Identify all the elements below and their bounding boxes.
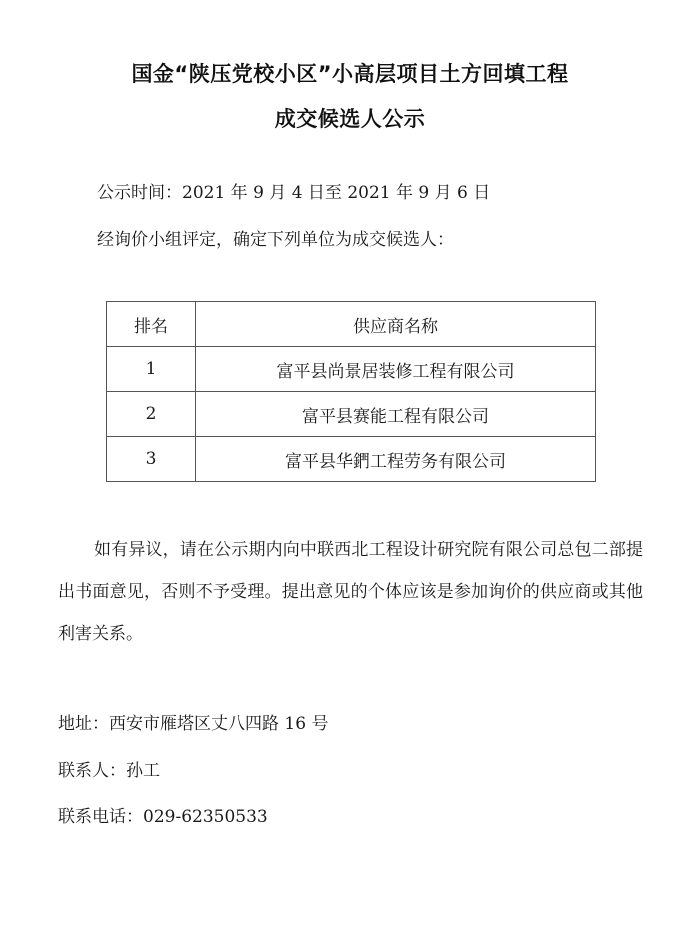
document-subtitle: 成交候选人公示: [0, 103, 700, 133]
header-rank: 排名: [107, 302, 196, 347]
table-header-row: 排名 供应商名称: [107, 302, 596, 347]
candidate-table: 排名 供应商名称 1 富平县尚景居装修工程有限公司 2 富平县赛能工程有限公司 …: [106, 301, 596, 482]
intro-text: 经询价小组评定，确定下列单位为成交候选人：: [97, 225, 454, 250]
objection-paragraph: 如有异议，请在公示期内向中联西北工程设计研究院有限公司总包二部提出书面意见，否则…: [58, 529, 643, 655]
contact-phone: 联系电话：029-62350533: [58, 802, 268, 827]
supplier-cell: 富平县华鍆工程劳务有限公司: [196, 437, 596, 482]
table-row: 2 富平县赛能工程有限公司: [107, 392, 596, 437]
document-title: 国金“陕压党校小区”小高层项目土方回填工程: [0, 58, 700, 88]
contact-address: 地址：西安市雁塔区丈八四路 16 号: [58, 709, 328, 734]
contact-person: 联系人：孙工: [58, 756, 160, 781]
supplier-cell: 富平县尚景居装修工程有限公司: [196, 347, 596, 392]
table-row: 1 富平县尚景居装修工程有限公司: [107, 347, 596, 392]
supplier-cell: 富平县赛能工程有限公司: [196, 392, 596, 437]
header-supplier: 供应商名称: [196, 302, 596, 347]
rank-cell: 3: [107, 437, 196, 482]
rank-cell: 2: [107, 392, 196, 437]
table-row: 3 富平县华鍆工程劳务有限公司: [107, 437, 596, 482]
publicity-time: 公示时间：2021 年 9 月 4 日至 2021 年 9 月 6 日: [97, 178, 490, 203]
rank-cell: 1: [107, 347, 196, 392]
